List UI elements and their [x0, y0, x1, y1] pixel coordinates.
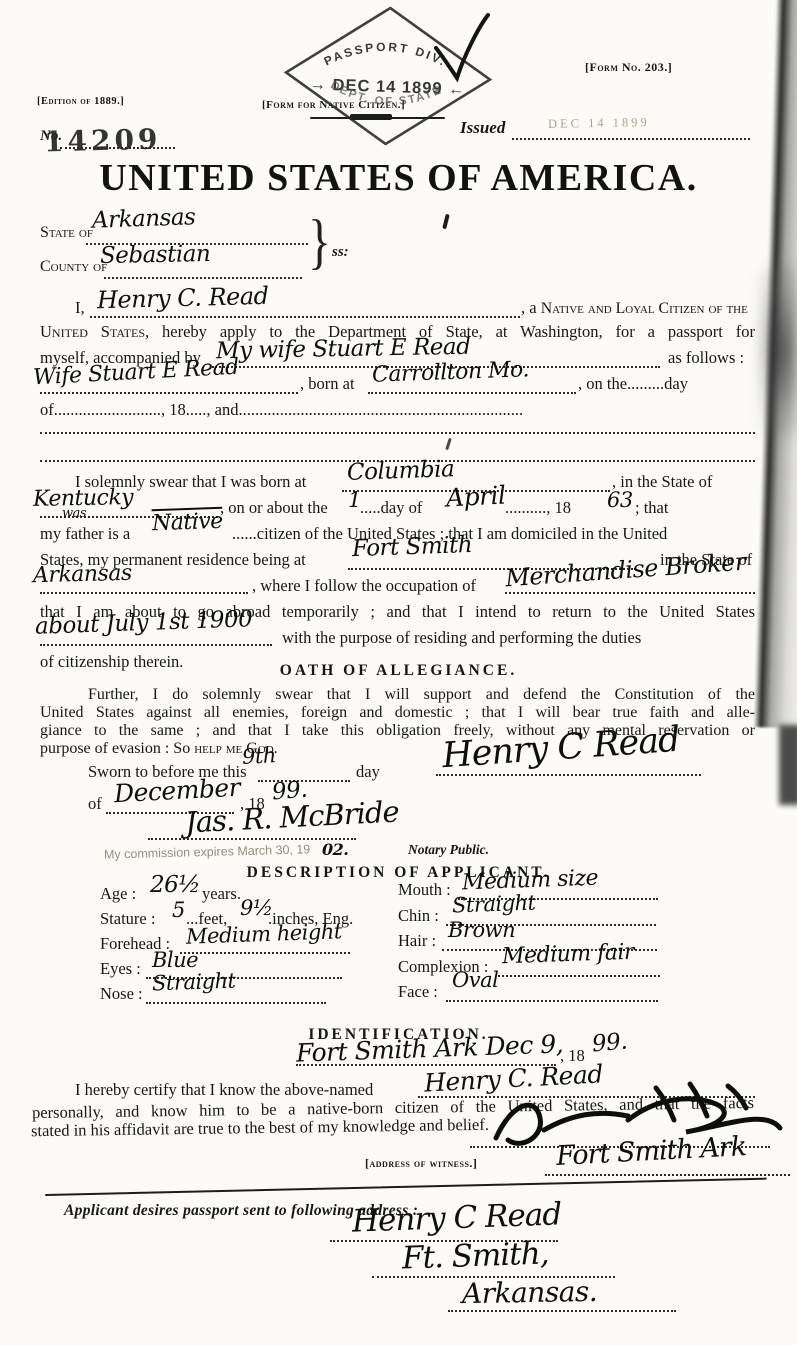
document-title: UNITED STATES OF AMERICA. — [0, 156, 797, 200]
as-follows-label: as follows : — [668, 348, 744, 368]
return-date-dotted-line — [40, 644, 272, 646]
face-value: Oval — [452, 968, 498, 992]
hair-value: Brown — [448, 918, 515, 942]
wife-birthplace-dotted-line — [368, 392, 576, 394]
mouth-label: Mouth : — [398, 880, 451, 900]
county-label: County of — [40, 258, 107, 276]
complexion-value: Medium fair — [502, 940, 635, 970]
stature-label: Stature : — [100, 909, 155, 929]
application-line1-smallcaps: Native and Loyal Citizen of the — [541, 300, 748, 317]
oath-heading: OATH OF ALLEGIANCE. — [0, 662, 797, 680]
edition-note: [Edition of 1889.] — [37, 96, 124, 107]
wife-birthplace-handwritten: Carrollton Mo. — [372, 357, 530, 387]
age-label: Age : — [100, 884, 136, 904]
birth-month-value: April — [445, 480, 506, 512]
father-status-value: Native — [152, 509, 224, 536]
birth-day-value: 1 — [348, 488, 361, 512]
delivery-dotted-line3 — [448, 1310, 676, 1312]
occupation-label: , where I follow the occupation of — [252, 576, 476, 596]
eyes-value: Blue — [152, 948, 198, 972]
ink-mark-middle — [445, 438, 452, 450]
applicant-signature-dotted-line — [436, 774, 701, 776]
ss-label: ss: — [332, 244, 349, 261]
notary-public-label: Notary Public. — [408, 842, 489, 858]
stature-feet-value: 5 — [172, 898, 185, 922]
sworn-day-value: 9th — [241, 743, 276, 769]
on-or-about-label: , on or about the — [220, 498, 328, 518]
applicant-name-handwritten: Henry C. Read — [97, 282, 269, 314]
age-value: 26½ — [150, 872, 200, 898]
forehead-value: Medium height — [186, 919, 343, 948]
birth-year-value: 63 — [607, 488, 633, 512]
eyes-label: Eyes : — [100, 959, 141, 979]
application-line1-mid: , a — [521, 298, 541, 317]
day-of-label: .....day of — [360, 498, 422, 518]
of-month-label: of — [88, 794, 102, 814]
delivery-address-line3: Arkansas. — [462, 1275, 598, 1310]
hair-label: Hair : — [398, 931, 436, 951]
residence-value: Fort Smith — [352, 532, 473, 562]
occupation-dotted-line — [505, 592, 755, 594]
serial-number-stamp: 14209 — [44, 122, 162, 158]
issued-date-stamp: DEC 14 1899 — [548, 115, 650, 132]
face-dotted-line — [446, 1000, 658, 1002]
identification-year-value: 99. — [591, 1029, 628, 1058]
issued-dotted-line — [512, 138, 750, 140]
issued-label: Issued — [460, 118, 505, 138]
scan-edge-smudge — [761, 265, 797, 435]
my-father-label: my father is a — [40, 524, 130, 544]
county-dotted-line — [104, 277, 302, 279]
face-label: Face : — [398, 982, 438, 1002]
birthplace-value: Columbia — [347, 456, 455, 486]
nose-dotted-line — [146, 1002, 326, 1004]
chin-value: Straight — [452, 891, 536, 918]
nose-label: Nose : — [100, 984, 143, 1004]
on-the-day-label: , on the.........day — [578, 374, 688, 394]
passport-application-scan: [Edition of 1889.] [Form No. 203.] [Form… — [0, 0, 797, 1345]
application-line2-smallcaps: United States, — [40, 322, 149, 341]
residence-state-value: Arkansas — [33, 561, 132, 589]
certify-line1: I hereby certify that I know the above-n… — [75, 1080, 373, 1100]
delivery-address-line1: Henry C Read — [351, 1196, 561, 1239]
age-suffix: years. — [202, 884, 241, 904]
form-number-note: [Form No. 203.] — [585, 60, 672, 75]
occupation-value: Merchandise Broker — [504, 548, 746, 593]
blank-dotted-line-1 — [40, 432, 755, 434]
witness-address-dotted-line — [545, 1174, 790, 1176]
application-line1-pre: I, — [75, 298, 85, 318]
county-value: Sebastian — [100, 241, 211, 269]
purpose-of-residing-line: with the purpose of residing and perform… — [282, 628, 641, 648]
oath-line4-pre: purpose of evasion : So — [40, 740, 194, 757]
complexion-dotted-line — [498, 975, 660, 977]
year-18-label: .........., 18 — [505, 498, 571, 518]
chin-label: Chin : — [398, 906, 439, 926]
address-of-witness-label: [address of witness.] — [365, 1156, 477, 1171]
sworn-day-label: day — [356, 762, 380, 782]
forehead-dotted-line — [180, 952, 350, 954]
name-dotted-line — [90, 316, 520, 318]
check-mark-icon — [430, 12, 492, 84]
scan-edge-smudge-lower — [779, 725, 797, 805]
that-label: ; that — [635, 498, 668, 518]
ink-mark-top — [442, 214, 450, 230]
father-was-insert: was — [62, 506, 86, 521]
delivery-address-line2: Ft. Smith, — [401, 1235, 549, 1276]
ss-brace: } — [308, 207, 331, 277]
wife-dotted-line — [40, 392, 298, 394]
application-line5: of.........................., 18....., a… — [40, 400, 523, 420]
commission-year-value: 02. — [322, 840, 348, 859]
commission-expires-stamp: My commission expires March 30, 19 — [104, 842, 311, 861]
born-at-label: , born at — [300, 374, 355, 394]
residence-state-dotted-line — [40, 592, 248, 594]
section-divider-line — [45, 1178, 767, 1196]
state-value: Arkansas — [92, 204, 196, 234]
state-label: State of — [40, 224, 93, 242]
nose-value: Straight — [152, 969, 236, 996]
